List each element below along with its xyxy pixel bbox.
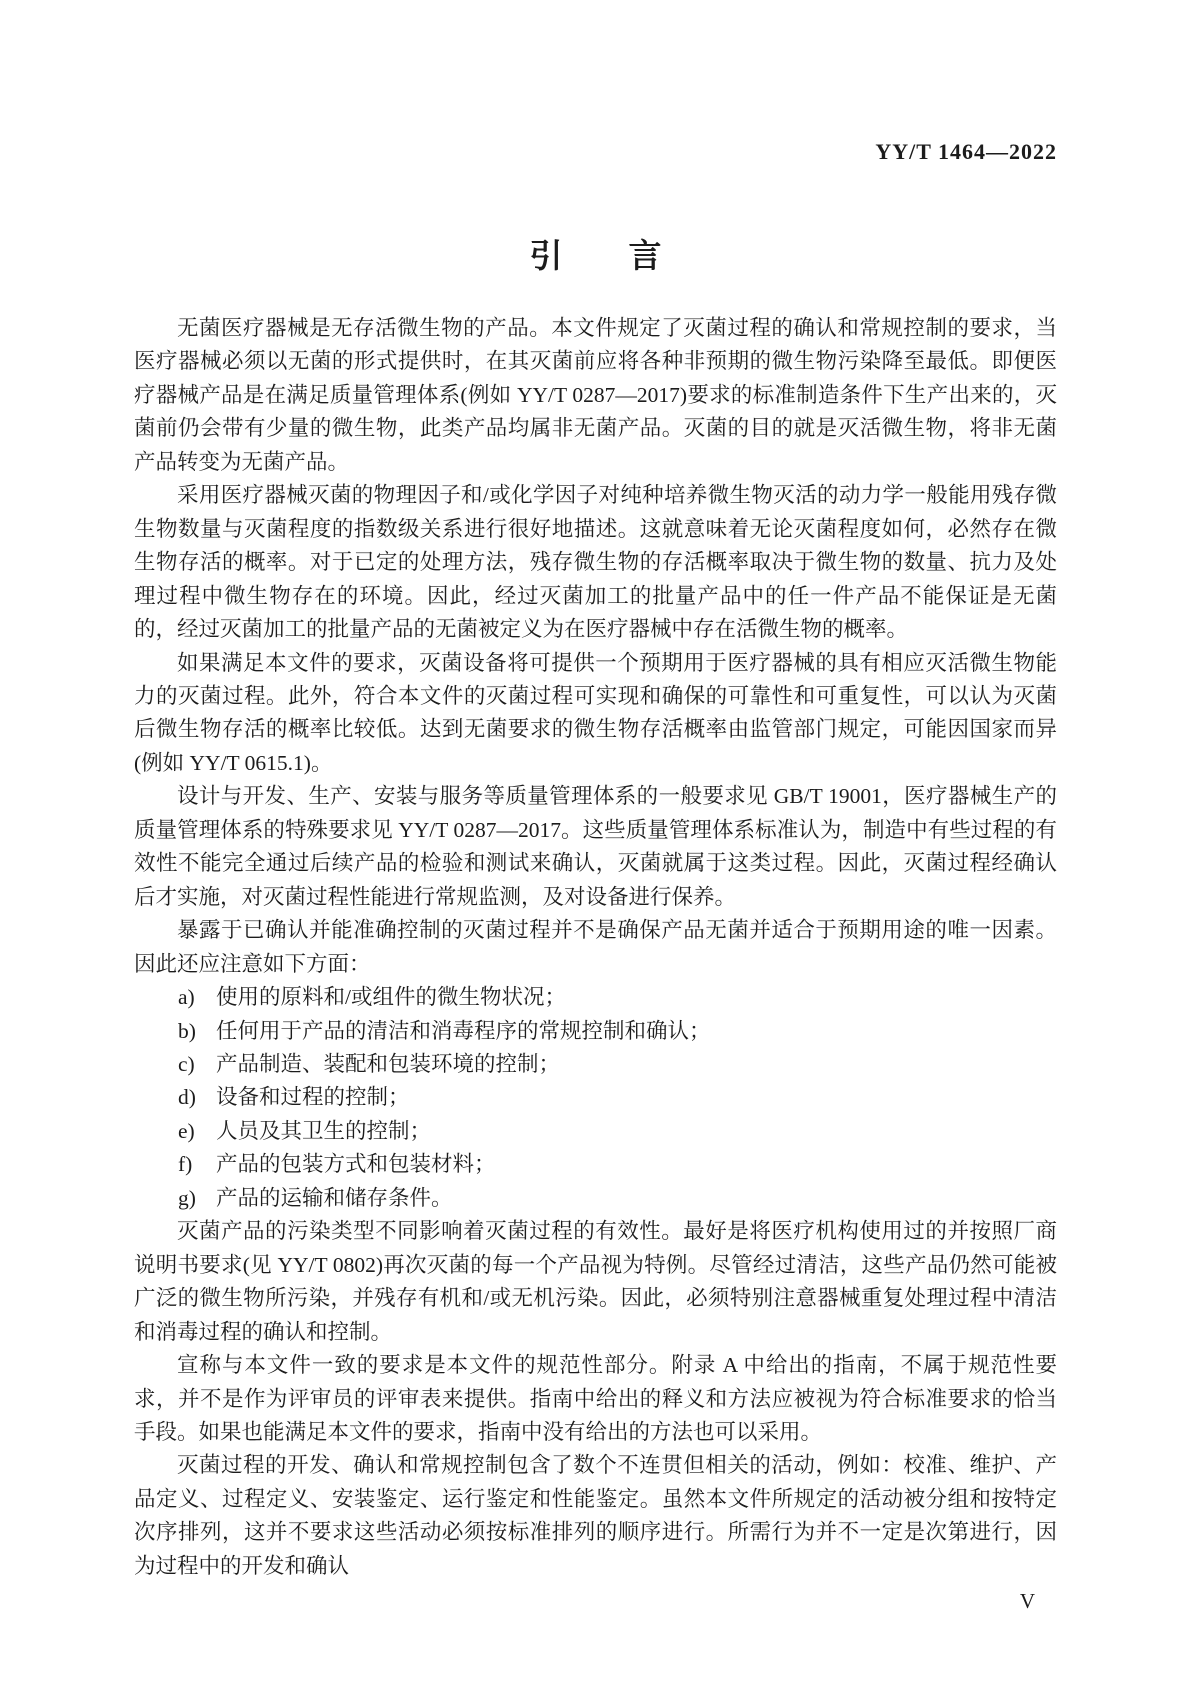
list-item-text: 设备和过程的控制； [216, 1081, 1057, 1114]
paragraph-1: 无菌医疗器械是无存活微生物的产品。本文件规定了灭菌过程的确认和常规控制的要求，当… [134, 312, 1057, 479]
introduction-body: 无菌医疗器械是无存活微生物的产品。本文件规定了灭菌过程的确认和常规控制的要求，当… [134, 312, 1057, 1583]
paragraph-3: 如果满足本文件的要求，灭菌设备将可提供一个预期用于医疗器械的具有相应灭活微生物能… [134, 647, 1057, 781]
paragraph-6: 灭菌产品的污染类型不同影响着灭菌过程的有效性。最好是将医疗机构使用过的并按照厂商… [134, 1215, 1057, 1349]
list-item-label: b) [178, 1015, 216, 1048]
list-item-text: 产品制造、装配和包装环境的控制； [216, 1048, 1057, 1081]
paragraph-2: 采用医疗器械灭菌的物理因子和/或化学因子对纯种培养微生物灭活的动力学一般能用残存… [134, 479, 1057, 646]
aspect-list: a) 使用的原料和/或组件的微生物状况； b) 任何用于产品的清洁和消毒程序的常… [134, 981, 1057, 1215]
list-item: b) 任何用于产品的清洁和消毒程序的常规控制和确认； [178, 1015, 1057, 1048]
list-item-label: a) [178, 981, 216, 1014]
list-item-label: e) [178, 1115, 216, 1148]
page-content: YY/T 1464—2022 引 言 无菌医疗器械是无存活微生物的产品。本文件规… [134, 0, 1057, 1614]
list-item-label: c) [178, 1048, 216, 1081]
list-item-text: 任何用于产品的清洁和消毒程序的常规控制和确认； [216, 1015, 1057, 1048]
list-item-label: f) [178, 1148, 216, 1181]
page-number: V [134, 1588, 1057, 1614]
list-item-label: d) [178, 1081, 216, 1114]
page-title: 引 言 [134, 236, 1057, 276]
document-page: YY/T 1464—2022 引 言 无菌医疗器械是无存活微生物的产品。本文件规… [0, 0, 1191, 1684]
list-item: c) 产品制造、装配和包装环境的控制； [178, 1048, 1057, 1081]
list-item-label: g) [178, 1182, 216, 1215]
list-item-text: 产品的包装方式和包装材料； [216, 1148, 1057, 1181]
paragraph-5: 暴露于已确认并能准确控制的灭菌过程并不是确保产品无菌并适合于预期用途的唯一因素。… [134, 914, 1057, 981]
standard-number: YY/T 1464—2022 [134, 0, 1057, 164]
paragraph-8: 灭菌过程的开发、确认和常规控制包含了数个不连贯但相关的活动，例如：校准、维护、产… [134, 1449, 1057, 1583]
list-item-text: 使用的原料和/或组件的微生物状况； [216, 981, 1057, 1014]
list-item: e) 人员及其卫生的控制； [178, 1115, 1057, 1148]
paragraph-7: 宣称与本文件一致的要求是本文件的规范性部分。附录 A 中给出的指南，不属于规范性… [134, 1349, 1057, 1449]
paragraph-4: 设计与开发、生产、安装与服务等质量管理体系的一般要求见 GB/T 19001，医… [134, 780, 1057, 914]
list-item: d) 设备和过程的控制； [178, 1081, 1057, 1114]
list-item: g) 产品的运输和储存条件。 [178, 1182, 1057, 1215]
list-item-text: 人员及其卫生的控制； [216, 1115, 1057, 1148]
list-item: a) 使用的原料和/或组件的微生物状况； [178, 981, 1057, 1014]
list-item: f) 产品的包装方式和包装材料； [178, 1148, 1057, 1181]
list-item-text: 产品的运输和储存条件。 [216, 1182, 1057, 1215]
